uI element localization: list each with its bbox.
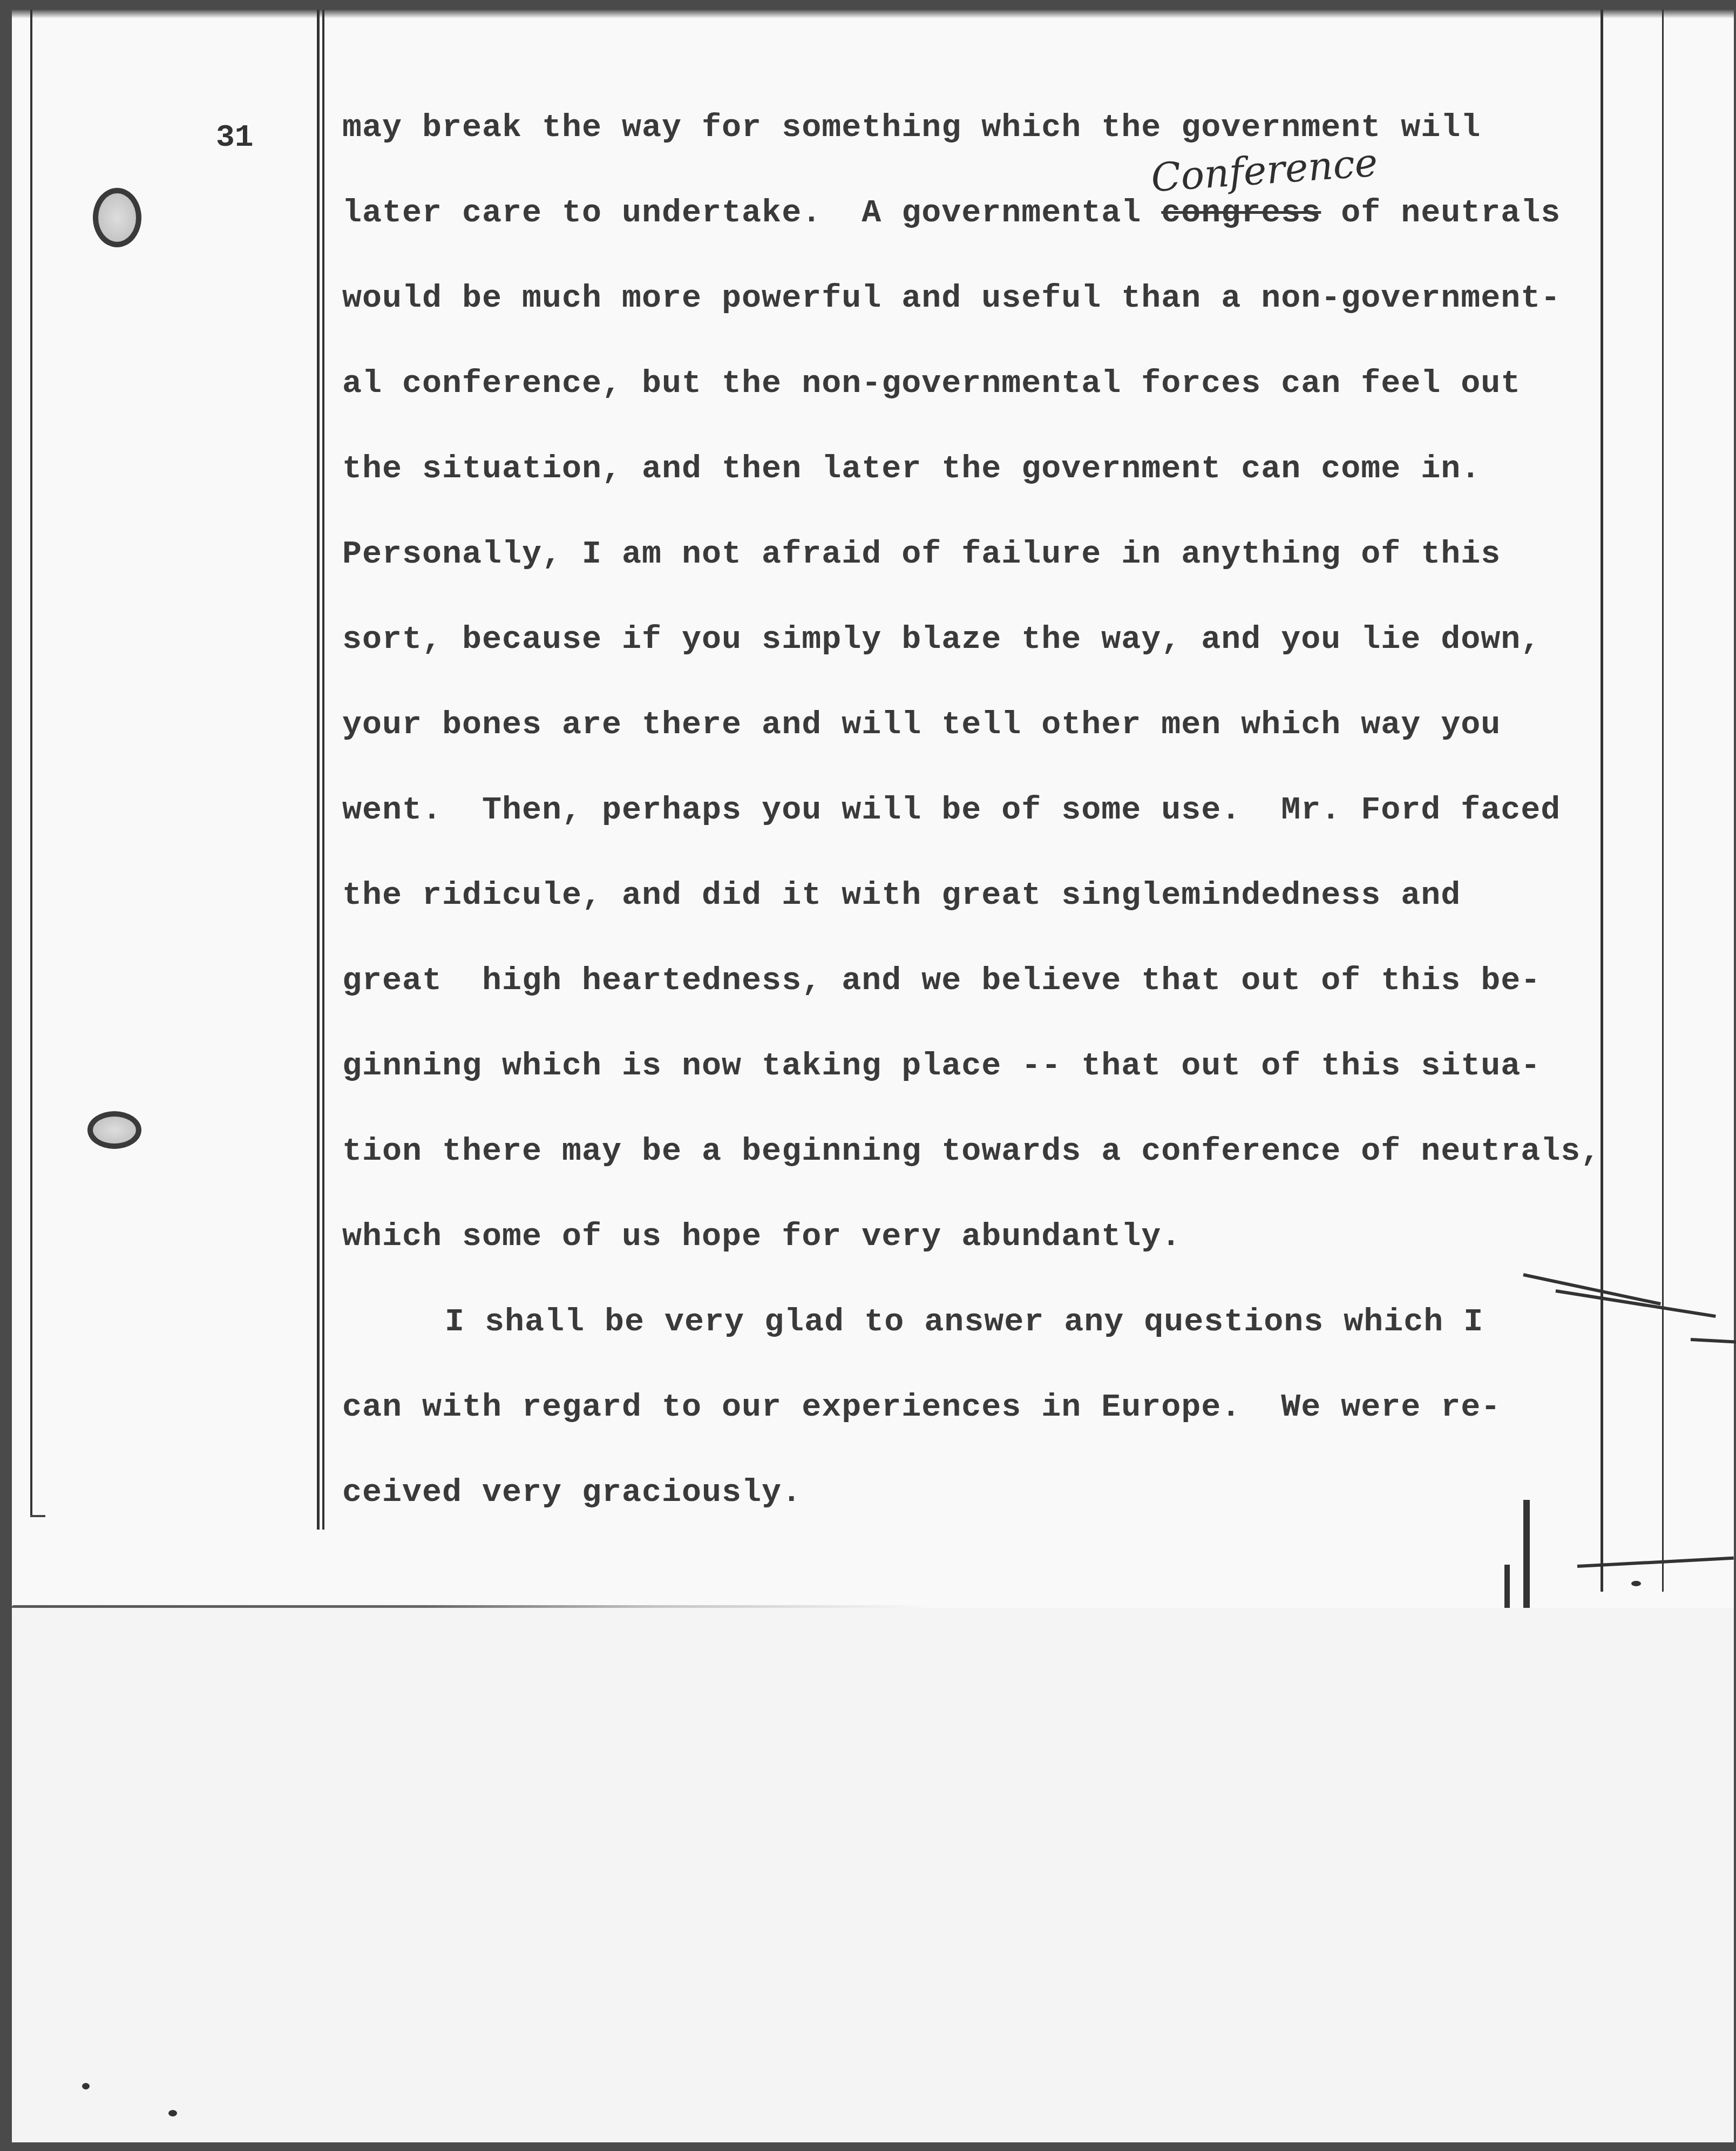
page-number: 31 (216, 120, 254, 155)
scan-mark (1523, 1500, 1530, 1608)
text-line: ceived very graciously. (342, 1450, 1605, 1536)
scan-mark (1504, 1565, 1510, 1608)
lower-blank-sheet (12, 1608, 1734, 2142)
ink-speck (82, 2083, 90, 2089)
text-line: al conference, but the non-governmental … (342, 341, 1605, 427)
ink-speck (168, 2110, 177, 2116)
struck-word: congress (1161, 195, 1321, 232)
punch-hole-top (93, 188, 141, 247)
text-line: can with regard to our experiences in Eu… (342, 1365, 1605, 1450)
text-line: the situation, and then later the govern… (342, 427, 1605, 512)
ink-speck (1631, 1581, 1641, 1586)
text-line: which some of us hope for very abundantl… (342, 1194, 1605, 1280)
text-line-paragraph-start: I shall be very glad to answer any quest… (342, 1280, 1605, 1365)
document-page: 31 Conference may break the way for some… (12, 10, 1734, 2142)
typed-text-body: may break the way for something which th… (342, 85, 1605, 1536)
text-segment: of neutrals (1321, 195, 1561, 232)
punch-hole-bottom (87, 1111, 141, 1149)
scan-streak (1691, 1338, 1736, 1344)
right-rule-2 (1662, 10, 1664, 1592)
text-line: would be much more powerful and useful t… (342, 256, 1605, 341)
left-margin-line (30, 10, 32, 1516)
double-rule-outer (317, 10, 320, 1530)
left-margin-corner (30, 1515, 45, 1517)
text-line: your bones are there and will tell other… (342, 682, 1605, 768)
text-line: went. Then, perhaps you will be of some … (342, 768, 1605, 853)
text-line: tion there may be a beginning towards a … (342, 1109, 1605, 1194)
top-shadow (12, 10, 1734, 18)
double-rule-inner (322, 10, 324, 1530)
text-line: may break the way for something which th… (342, 85, 1605, 171)
text-line: the ridicule, and did it with great sing… (342, 853, 1605, 938)
typed-sheet: 31 Conference may break the way for some… (12, 10, 1734, 1608)
text-line: great high heartedness, and we believe t… (342, 938, 1605, 1024)
text-segment: later care to undertake. A governmental (342, 195, 1161, 232)
text-line: ginning which is now taking place -- tha… (342, 1024, 1605, 1109)
text-line: sort, because if you simply blaze the wa… (342, 597, 1605, 682)
text-line: Personally, I am not afraid of failure i… (342, 512, 1605, 597)
text-line-with-correction: later care to undertake. A governmental … (342, 171, 1605, 256)
